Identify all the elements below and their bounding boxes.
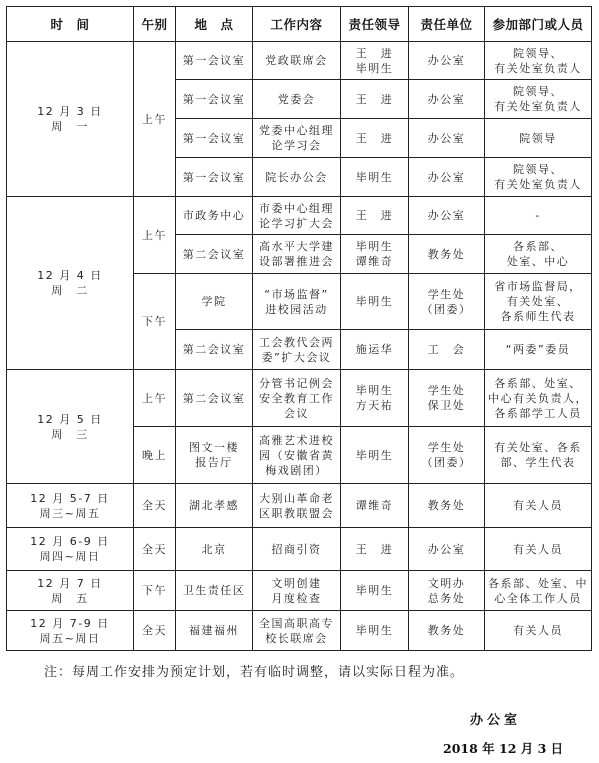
location-cell: 第二会议室 [176,235,253,274]
leader-cell: 王 进 [341,528,409,571]
content-cell: 院长办公会 [253,158,341,197]
participants-cell: 院领导 [485,119,592,158]
leader-cell: 毕明生 [341,611,409,651]
table-row: 12 月 7 日 周 五 下午 卫生责任区 文明创建 月度检查 毕明生 文明办 … [7,571,592,611]
location-cell: 市政务中心 [176,197,253,235]
period-cell: 全天 [134,611,176,651]
header-row: 时 间 午别 地 点 工作内容 责任领导 责任单位 参加部门或人员 [7,7,592,42]
unit-cell: 工 会 [409,330,485,370]
leader-cell: 毕明生 [341,158,409,197]
content-cell: 党委会 [253,80,341,119]
content-cell: 工会教代会两 委”扩大会议 [253,330,341,370]
leader-cell: 王 进 [341,197,409,235]
header-period: 午别 [134,7,176,42]
period-cell: 下午 [134,571,176,611]
date-cell: 12 月 4 日 周 二 [7,197,134,370]
table-row: 12 月 6-9 日 周四~周日 全天 北京 招商引资 王 进 办公室 有关人员 [7,528,592,571]
table-row: 12 月 7-9 日 周五~周日 全天 福建福州 全国高职高专 校长联席会 毕明… [7,611,592,651]
leader-cell: 谭维奇 [341,484,409,528]
header-content: 工作内容 [253,7,341,42]
weekly-schedule-table: 时 间 午别 地 点 工作内容 责任领导 责任单位 参加部门或人员 12 月 3… [6,6,592,651]
unit-cell: 办公室 [409,197,485,235]
leader-cell: 毕明生 方天祐 [341,370,409,427]
content-cell: 高水平大学建 设部署推进会 [253,235,341,274]
unit-cell: 学生处 （团委） [409,427,485,484]
location-cell: 湖北孝感 [176,484,253,528]
location-cell: 学院 [176,274,253,330]
content-cell: 市委中心组理 论学习扩大会 [253,197,341,235]
table-row: 12 月 3 日 周 一 上午 第一会议室 党政联席会 王 进 毕明生 办公室 … [7,42,592,80]
unit-cell: 教务处 [409,484,485,528]
date-cell: 12 月 7-9 日 周五~周日 [7,611,134,651]
period-cell: 全天 [134,484,176,528]
schedule-note: 注：每周工作安排为预定计划，若有临时调整，请以实际日程为准。 [44,661,464,680]
location-cell: 福建福州 [176,611,253,651]
leader-cell: 王 进 [341,80,409,119]
participants-cell: 院领导、 有关处室负责人 [485,80,592,119]
leader-cell: 王 进 [341,119,409,158]
content-cell: “市场监督” 进校园活动 [253,274,341,330]
content-cell: 大别山革命老 区职教联盟会 [253,484,341,528]
content-cell: 全国高职高专 校长联席会 [253,611,341,651]
leader-cell: 毕明生 [341,571,409,611]
header-unit: 责任单位 [409,7,485,42]
location-cell: 第一会议室 [176,119,253,158]
header-time: 时 间 [7,7,134,42]
unit-cell: 办公室 [409,80,485,119]
date-cell: 12 月 6-9 日 周四~周日 [7,528,134,571]
content-cell: 高雅艺术进校 园（安徽省黄 梅戏剧团） [253,427,341,484]
leader-cell: 毕明生 [341,274,409,330]
period-cell: 晚上 [134,427,176,484]
participants-cell: 各系部、处室、 中心有关负责人， 各系部学工人员 [485,370,592,427]
participants-cell: 有关人员 [485,484,592,528]
participants-cell: 各系部、处室、中 心全体工作人员 [485,571,592,611]
content-cell: 党政联席会 [253,42,341,80]
content-cell: 招商引资 [253,528,341,571]
period-cell: 上午 [134,370,176,427]
leader-cell: 施运华 [341,330,409,370]
table-row: 12 月 5 日 周 三 上午 第二会议室 分管书记例会 安全教育工作 会议 毕… [7,370,592,427]
unit-cell: 教务处 [409,611,485,651]
date-cell: 12 月 3 日 周 一 [7,42,134,197]
unit-cell: 教务处 [409,235,485,274]
unit-cell: 办公室 [409,158,485,197]
participants-cell: 有关人员 [485,528,592,571]
unit-cell: 学生处 保卫处 [409,370,485,427]
participants-cell: 院领导、 有关处室负责人 [485,42,592,80]
participants-cell: 有关处室、各系 部、学生代表 [485,427,592,484]
location-cell: 第二会议室 [176,370,253,427]
header-location: 地 点 [176,7,253,42]
header-leader: 责任领导 [341,7,409,42]
period-cell: 上午 [134,197,176,274]
signature-date: 2018 年 12 月 3 日 [443,739,563,757]
unit-cell: 办公室 [409,119,485,158]
participants-cell: - [485,197,592,235]
content-cell: 党委中心组理 论学习会 [253,119,341,158]
date-cell: 12 月 5-7 日 周三~周五 [7,484,134,528]
table-row: 12 月 5-7 日 周三~周五 全天 湖北孝感 大别山革命老 区职教联盟会 谭… [7,484,592,528]
location-cell: 卫生责任区 [176,571,253,611]
leader-cell: 王 进 毕明生 [341,42,409,80]
location-cell: 第一会议室 [176,80,253,119]
location-cell: 北京 [176,528,253,571]
location-cell: 第一会议室 [176,158,253,197]
participants-cell: 有关人员 [485,611,592,651]
location-cell: 第一会议室 [176,42,253,80]
location-cell: 图文一楼 报告厅 [176,427,253,484]
content-cell: 分管书记例会 安全教育工作 会议 [253,370,341,427]
period-cell: 下午 [134,274,176,370]
leader-cell: 毕明生 谭维奇 [341,235,409,274]
participants-cell: “两委”委员 [485,330,592,370]
period-cell: 上午 [134,42,176,197]
unit-cell: 学生处 （团委） [409,274,485,330]
period-cell: 全天 [134,528,176,571]
date-cell: 12 月 7 日 周 五 [7,571,134,611]
table-row: 12 月 4 日 周 二 上午 市政务中心 市委中心组理 论学习扩大会 王 进 … [7,197,592,235]
unit-cell: 文明办 总务处 [409,571,485,611]
content-cell: 文明创建 月度检查 [253,571,341,611]
header-participants: 参加部门或人员 [485,7,592,42]
participants-cell: 省市场监督局， 有关处室、 各系师生代表 [485,274,592,330]
participants-cell: 院领导、 有关处室负责人 [485,158,592,197]
location-cell: 第二会议室 [176,330,253,370]
signature-org: 办公室 [470,709,521,728]
participants-cell: 各系部、 处室、中心 [485,235,592,274]
unit-cell: 办公室 [409,528,485,571]
date-cell: 12 月 5 日 周 三 [7,370,134,484]
unit-cell: 办公室 [409,42,485,80]
leader-cell: 毕明生 [341,427,409,484]
